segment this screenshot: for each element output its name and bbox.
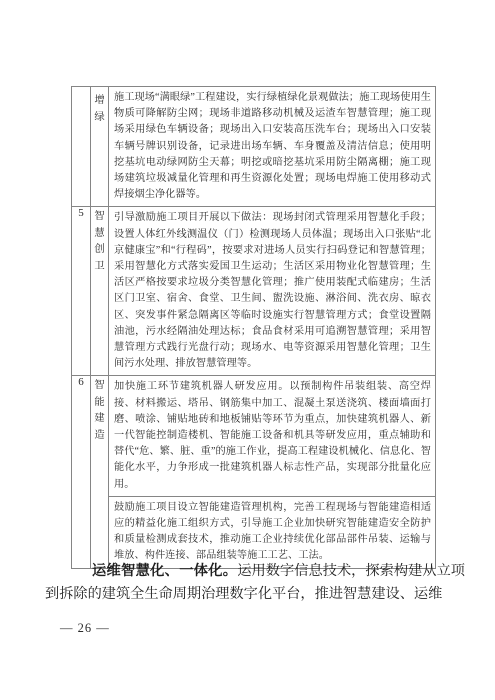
page-number: — 26 — — [60, 621, 110, 636]
row-category-cell: 智慧创卫 — [91, 207, 109, 376]
paragraph-lead-heading: 运维智慧化、一体化。 — [92, 563, 237, 579]
smart-construction-measures-table: 增绿 施工现场“满眼绿”工程建设，实行绿植绿化景观做法；施工现场使用生物质可降解… — [71, 86, 436, 569]
table-row-smart-sanitation: 5 智慧创卫 引导激励施工项目开展以下做法：现场封闭式管理采用智慧化手段；设置人… — [72, 207, 436, 376]
row-content-cell: 施工现场“满眼绿”工程建设，实行绿植绿化景观做法；施工现场使用生物质可降解防尘网… — [109, 87, 436, 207]
row-content-cell: 引导激励施工项目开展以下做法：现场封闭式管理采用智慧化手段；设置人体红外线测温仪… — [109, 207, 436, 376]
row-content-cell: 加快施工环节建筑机器人研发应用。以预制构件吊装组装、高空焊接、材料搬运、塔吊、钢… — [109, 376, 436, 496]
row-category-cell: 增绿 — [91, 87, 109, 207]
document-page: 增绿 施工现场“满眼绿”工程建设，实行绿植绿化景观做法；施工现场使用生物质可降解… — [0, 0, 495, 700]
row-number-cell — [72, 87, 91, 207]
operations-paragraph: 运维智慧化、一体化。运用数字信息技术，探索构建从立项到拆除的建筑全生命周期治理数… — [45, 560, 465, 605]
table-row-intelligent-construction: 6 智能建造 加快施工环节建筑机器人研发应用。以预制构件吊装组装、高空焊接、材料… — [72, 376, 436, 496]
table-row-intelligent-construction-2: 鼓励施工项目设立智能建造管理机构，完善工程现场与智能建造相适应的精益化施工组织方… — [72, 496, 436, 568]
row-number-cell: 5 — [72, 207, 91, 376]
row-category-cell: 智能建造 — [91, 376, 109, 568]
row-content-cell: 鼓励施工项目设立智能建造管理机构，完善工程现场与智能建造相适应的精益化施工组织方… — [109, 496, 436, 568]
row-number-cell: 6 — [72, 376, 91, 568]
table-row-green: 增绿 施工现场“满眼绿”工程建设，实行绿植绿化景观做法；施工现场使用生物质可降解… — [72, 87, 436, 207]
